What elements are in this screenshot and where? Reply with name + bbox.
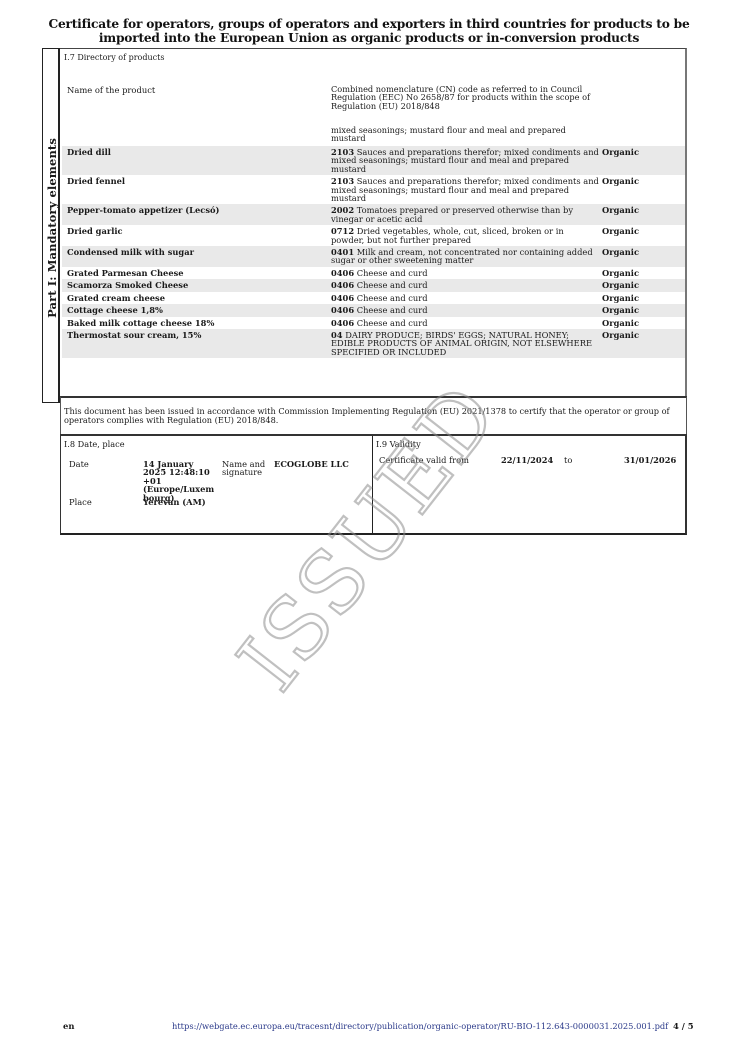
products-table: Dried dill2103 Sauces and preparations t… xyxy=(62,146,685,380)
footer-page-number: 4 / 5 xyxy=(673,1021,694,1031)
table-row: Grated cream cheese0406 Cheese and curdO… xyxy=(62,292,685,304)
valid-from-label: Certificate valid from xyxy=(379,456,469,464)
product-name: Grated Parmesan Cheese xyxy=(62,269,331,277)
cn-code-description: 0406 Cheese and curd xyxy=(331,281,599,289)
table-row: Dried garlic0712 Dried vegetables, whole… xyxy=(62,225,685,246)
column-header-product-name: Name of the product xyxy=(67,85,155,95)
signature-value: ECOGLOBE LLC xyxy=(274,460,349,468)
date-place-section-label: I.8 Date, place xyxy=(64,439,125,449)
product-name: Baked milk cottage cheese 18% xyxy=(62,319,331,327)
cn-code: 0406 xyxy=(331,293,354,303)
cn-description: Sauces and preparations therefor; mixed … xyxy=(331,147,599,174)
cn-code-description: 0406 Cheese and curd xyxy=(331,306,599,314)
valid-to-label: to xyxy=(564,456,572,464)
date-validity-section: I.8 Date, place Date 14 January 2025 12:… xyxy=(60,434,687,535)
cn-description: Sauces and preparations therefor; mixed … xyxy=(331,176,599,203)
table-row: Pepper-tomato appetizer (Lecsó)2002 Toma… xyxy=(62,204,685,225)
product-name: Dried garlic xyxy=(62,227,331,244)
product-status: Organic xyxy=(599,227,662,244)
table-row: Dried dill2103 Sauces and preparations t… xyxy=(62,146,685,175)
product-name: Scamorza Smoked Cheese xyxy=(62,281,331,289)
cn-code: 0406 xyxy=(331,268,354,278)
place-value: Yerevan (AM) xyxy=(143,498,206,506)
table-row: Condensed milk with sugar0401 Milk and c… xyxy=(62,246,685,267)
products-directory: I.7 Directory of products Name of the pr… xyxy=(60,48,687,396)
table-row: Thermostat sour cream, 15%04 DAIRY PRODU… xyxy=(62,329,685,358)
product-name: Grated cream cheese xyxy=(62,294,331,302)
cn-description: Milk and cream, not concentrated nor con… xyxy=(331,247,593,265)
signature-label: Name and signature xyxy=(222,460,270,477)
product-status: Organic xyxy=(599,306,662,314)
product-status: Organic xyxy=(599,248,662,265)
product-status: Organic xyxy=(599,148,662,173)
table-row: Dried fennel2103 Sauces and preparations… xyxy=(62,175,685,204)
product-name: Thermostat sour cream, 15% xyxy=(62,331,331,356)
product-name: Condensed milk with sugar xyxy=(62,248,331,265)
title-line-1: Certificate for operators, groups of ope… xyxy=(30,17,708,31)
table-spacer xyxy=(62,358,685,380)
footer-document-link[interactable]: https://webgate.ec.europa.eu/tracesnt/di… xyxy=(172,1021,668,1031)
product-name: Cottage cheese 1,8% xyxy=(62,306,331,314)
cn-description: Cheese and curd xyxy=(357,268,428,278)
cn-code-description: 0406 Cheese and curd xyxy=(331,319,599,327)
cn-code-description: 0401 Milk and cream, not concentrated no… xyxy=(331,248,599,265)
table-row: Baked milk cottage cheese 18%0406 Cheese… xyxy=(62,317,685,329)
footer-language: en xyxy=(63,1021,74,1031)
cn-code: 0406 xyxy=(331,305,354,315)
product-name: Pepper-tomato appetizer (Lecsó) xyxy=(62,206,331,223)
cn-code-description: 2002 Tomatoes prepared or preserved othe… xyxy=(331,206,599,223)
product-status: Organic xyxy=(599,269,662,277)
product-name: Dried dill xyxy=(62,148,331,173)
cn-code-description: 04 DAIRY PRODUCE; BIRDS' EGGS; NATURAL H… xyxy=(331,331,599,356)
cn-description: Dried vegetables, whole, cut, sliced, br… xyxy=(331,226,564,244)
cn-code: 0406 xyxy=(331,280,354,290)
table-row: Grated Parmesan Cheese0406 Cheese and cu… xyxy=(62,267,685,279)
carryover-description: mixed seasonings; mustard flour and meal… xyxy=(331,126,601,143)
document-title: Certificate for operators, groups of ope… xyxy=(30,17,708,45)
product-name: Dried fennel xyxy=(62,177,331,202)
directory-section-label: I.7 Directory of products xyxy=(64,53,164,62)
cn-description: Tomatoes prepared or preserved otherwise… xyxy=(331,205,573,223)
date-value: 14 January 2025 12:48:10 +01 (Europe/Lux… xyxy=(143,460,217,502)
product-status: Organic xyxy=(599,281,662,289)
place-label: Place xyxy=(69,498,92,506)
cn-description: Cheese and curd xyxy=(357,305,428,315)
part-label: Part I: Mandatory elements xyxy=(45,138,59,318)
date-label: Date xyxy=(69,460,89,468)
cn-code-description: 0406 Cheese and curd xyxy=(331,294,599,302)
cn-code-description: 0406 Cheese and curd xyxy=(331,269,599,277)
table-row: Scamorza Smoked Cheese0406 Cheese and cu… xyxy=(62,279,685,291)
regulation-statement: This document has been issued in accorda… xyxy=(64,407,674,424)
valid-to-date: 31/01/2026 xyxy=(624,456,676,464)
title-line-2: imported into the European Union as orga… xyxy=(30,31,708,45)
regulation-statement-box: This document has been issued in accorda… xyxy=(60,396,687,434)
cn-code: 0406 xyxy=(331,318,354,328)
product-status: Organic xyxy=(599,331,662,356)
product-status: Organic xyxy=(599,294,662,302)
column-header-cn-code: Combined nomenclature (CN) code as refer… xyxy=(331,85,601,110)
column-divider xyxy=(372,436,373,533)
valid-from-date: 22/11/2024 xyxy=(501,456,553,464)
cn-code-description: 2103 Sauces and preparations therefor; m… xyxy=(331,177,599,202)
cn-description: Cheese and curd xyxy=(357,280,428,290)
cn-description: Cheese and curd xyxy=(357,293,428,303)
product-status: Organic xyxy=(599,319,662,327)
validity-section-label: I.9 Validity xyxy=(376,439,421,449)
cn-description: DAIRY PRODUCE; BIRDS' EGGS; NATURAL HONE… xyxy=(331,330,592,357)
table-row: Cottage cheese 1,8%0406 Cheese and curdO… xyxy=(62,304,685,316)
cn-description: Cheese and curd xyxy=(357,318,428,328)
cn-code-description: 0712 Dried vegetables, whole, cut, slice… xyxy=(331,227,599,244)
product-status: Organic xyxy=(599,177,662,202)
product-status: Organic xyxy=(599,206,662,223)
cn-code-description: 2103 Sauces and preparations therefor; m… xyxy=(331,148,599,173)
